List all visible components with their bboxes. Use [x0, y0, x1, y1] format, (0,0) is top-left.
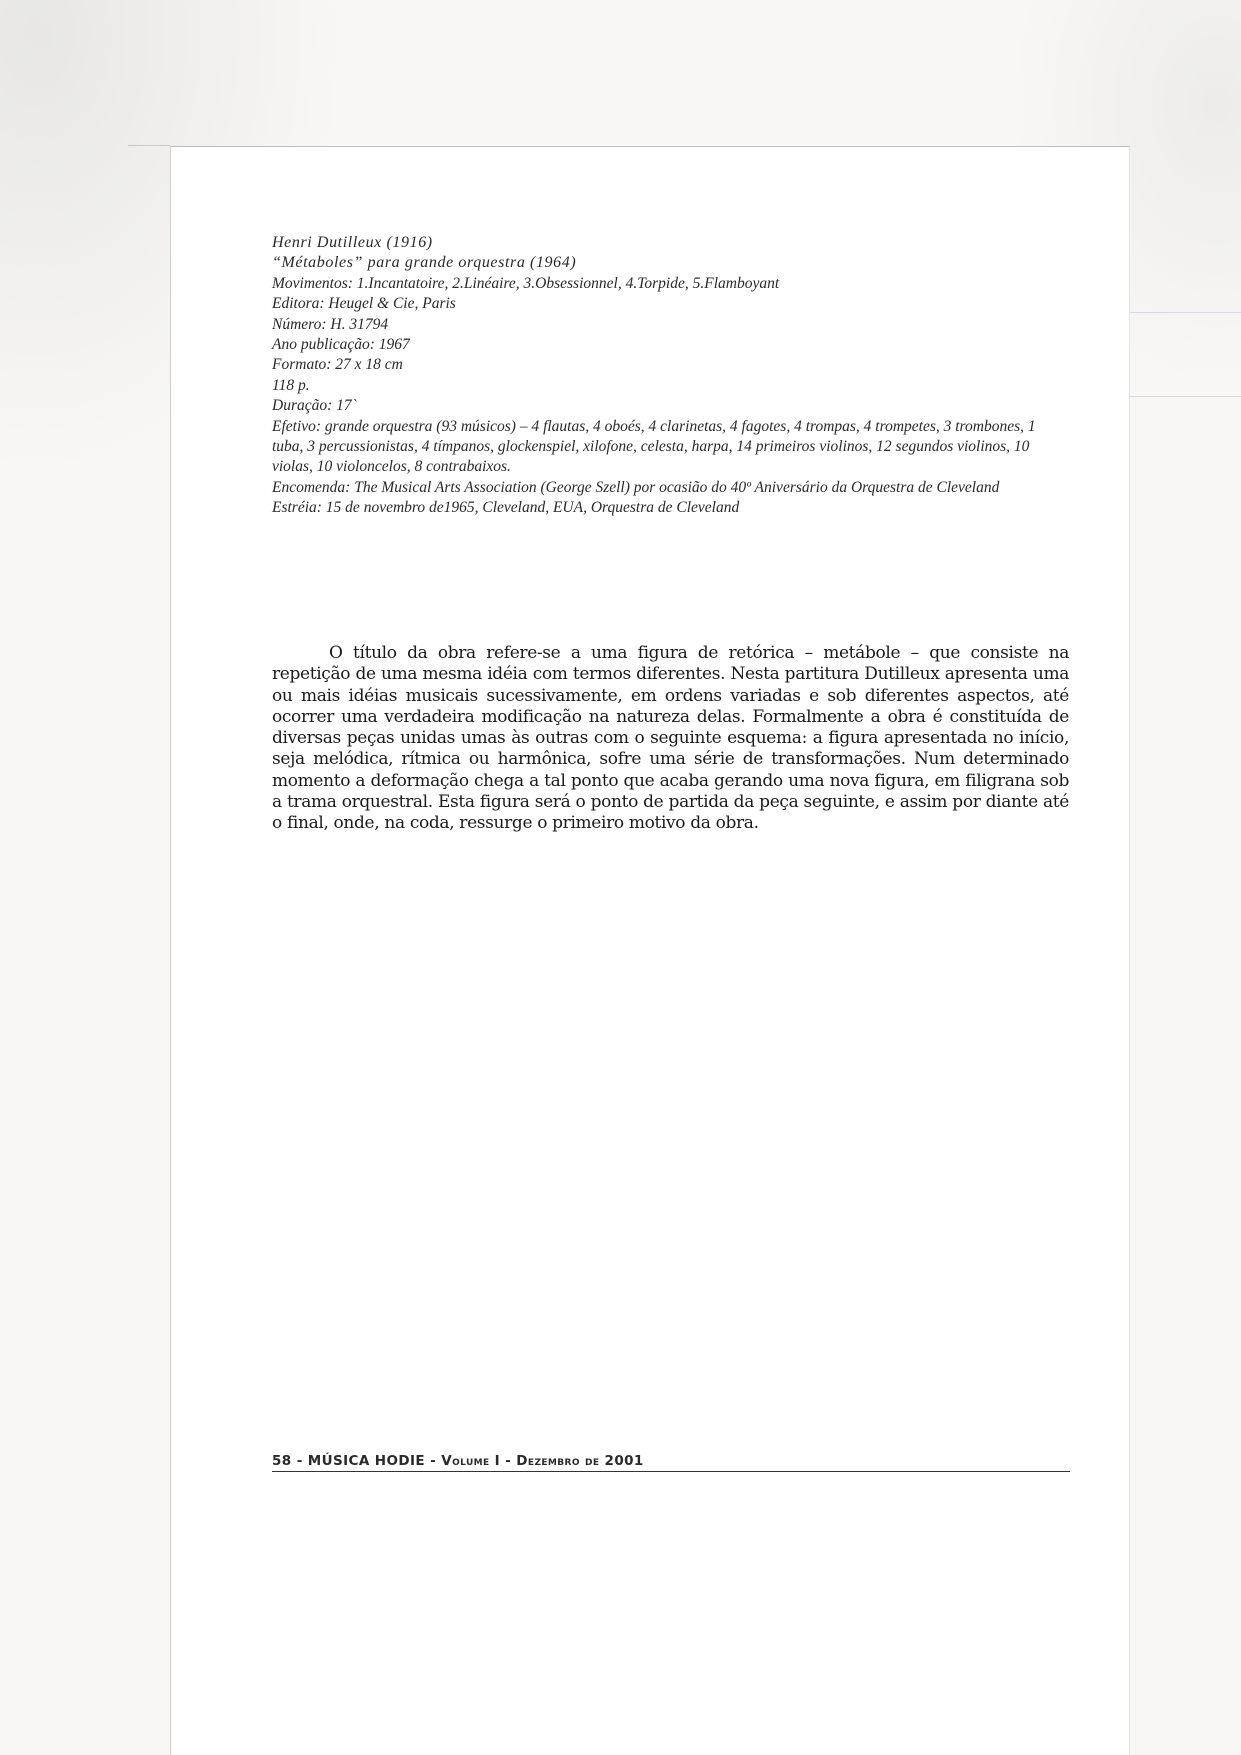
- publisher: Editora: Heugel & Cie, Paris: [272, 294, 1072, 314]
- footer-separator: -: [425, 1453, 441, 1469]
- ensemble: Efetivo: grande orquestra (93 músicos) –…: [272, 417, 1067, 478]
- body-paragraph: O título da obra refere-se a uma figura …: [272, 643, 1069, 835]
- footer-separator: -: [292, 1453, 308, 1469]
- premiere: Estréia: 15 de novembro de1965, Clevelan…: [272, 498, 1072, 518]
- movements: Movimentos: 1.Incantatoire, 2.Linéaire, …: [272, 274, 962, 294]
- work-title: “Métaboles” para grande orquestra (1964): [272, 253, 1072, 273]
- composer: Henri Dutilleux (1916): [272, 233, 1072, 253]
- commission: Encomenda: The Musical Arts Association …: [272, 478, 1067, 498]
- footer-separator: -: [500, 1453, 516, 1469]
- format: Formato: 27 x 18 cm: [272, 355, 1072, 375]
- publication-year: Ano publicação: 1967: [272, 335, 1072, 355]
- crop-mark: [1130, 396, 1241, 397]
- crop-mark: [128, 145, 170, 146]
- crop-mark: [1130, 312, 1241, 313]
- page-footer: 58 - MÚSICA HODIE - Volume I - Dezembro …: [272, 1453, 1070, 1472]
- page-count: 118 p.: [272, 376, 1072, 396]
- duration: Duração: 17`: [272, 396, 1072, 416]
- page-number: 58: [272, 1453, 292, 1469]
- journal-volume: Volume I: [441, 1453, 500, 1469]
- catalog-number: Número: H. 31794: [272, 315, 1072, 335]
- journal-date: Dezembro de 2001: [516, 1453, 643, 1469]
- work-info-block: Henri Dutilleux (1916) “Métaboles” para …: [272, 233, 1072, 519]
- journal-name: MÚSICA HODIE: [308, 1453, 425, 1469]
